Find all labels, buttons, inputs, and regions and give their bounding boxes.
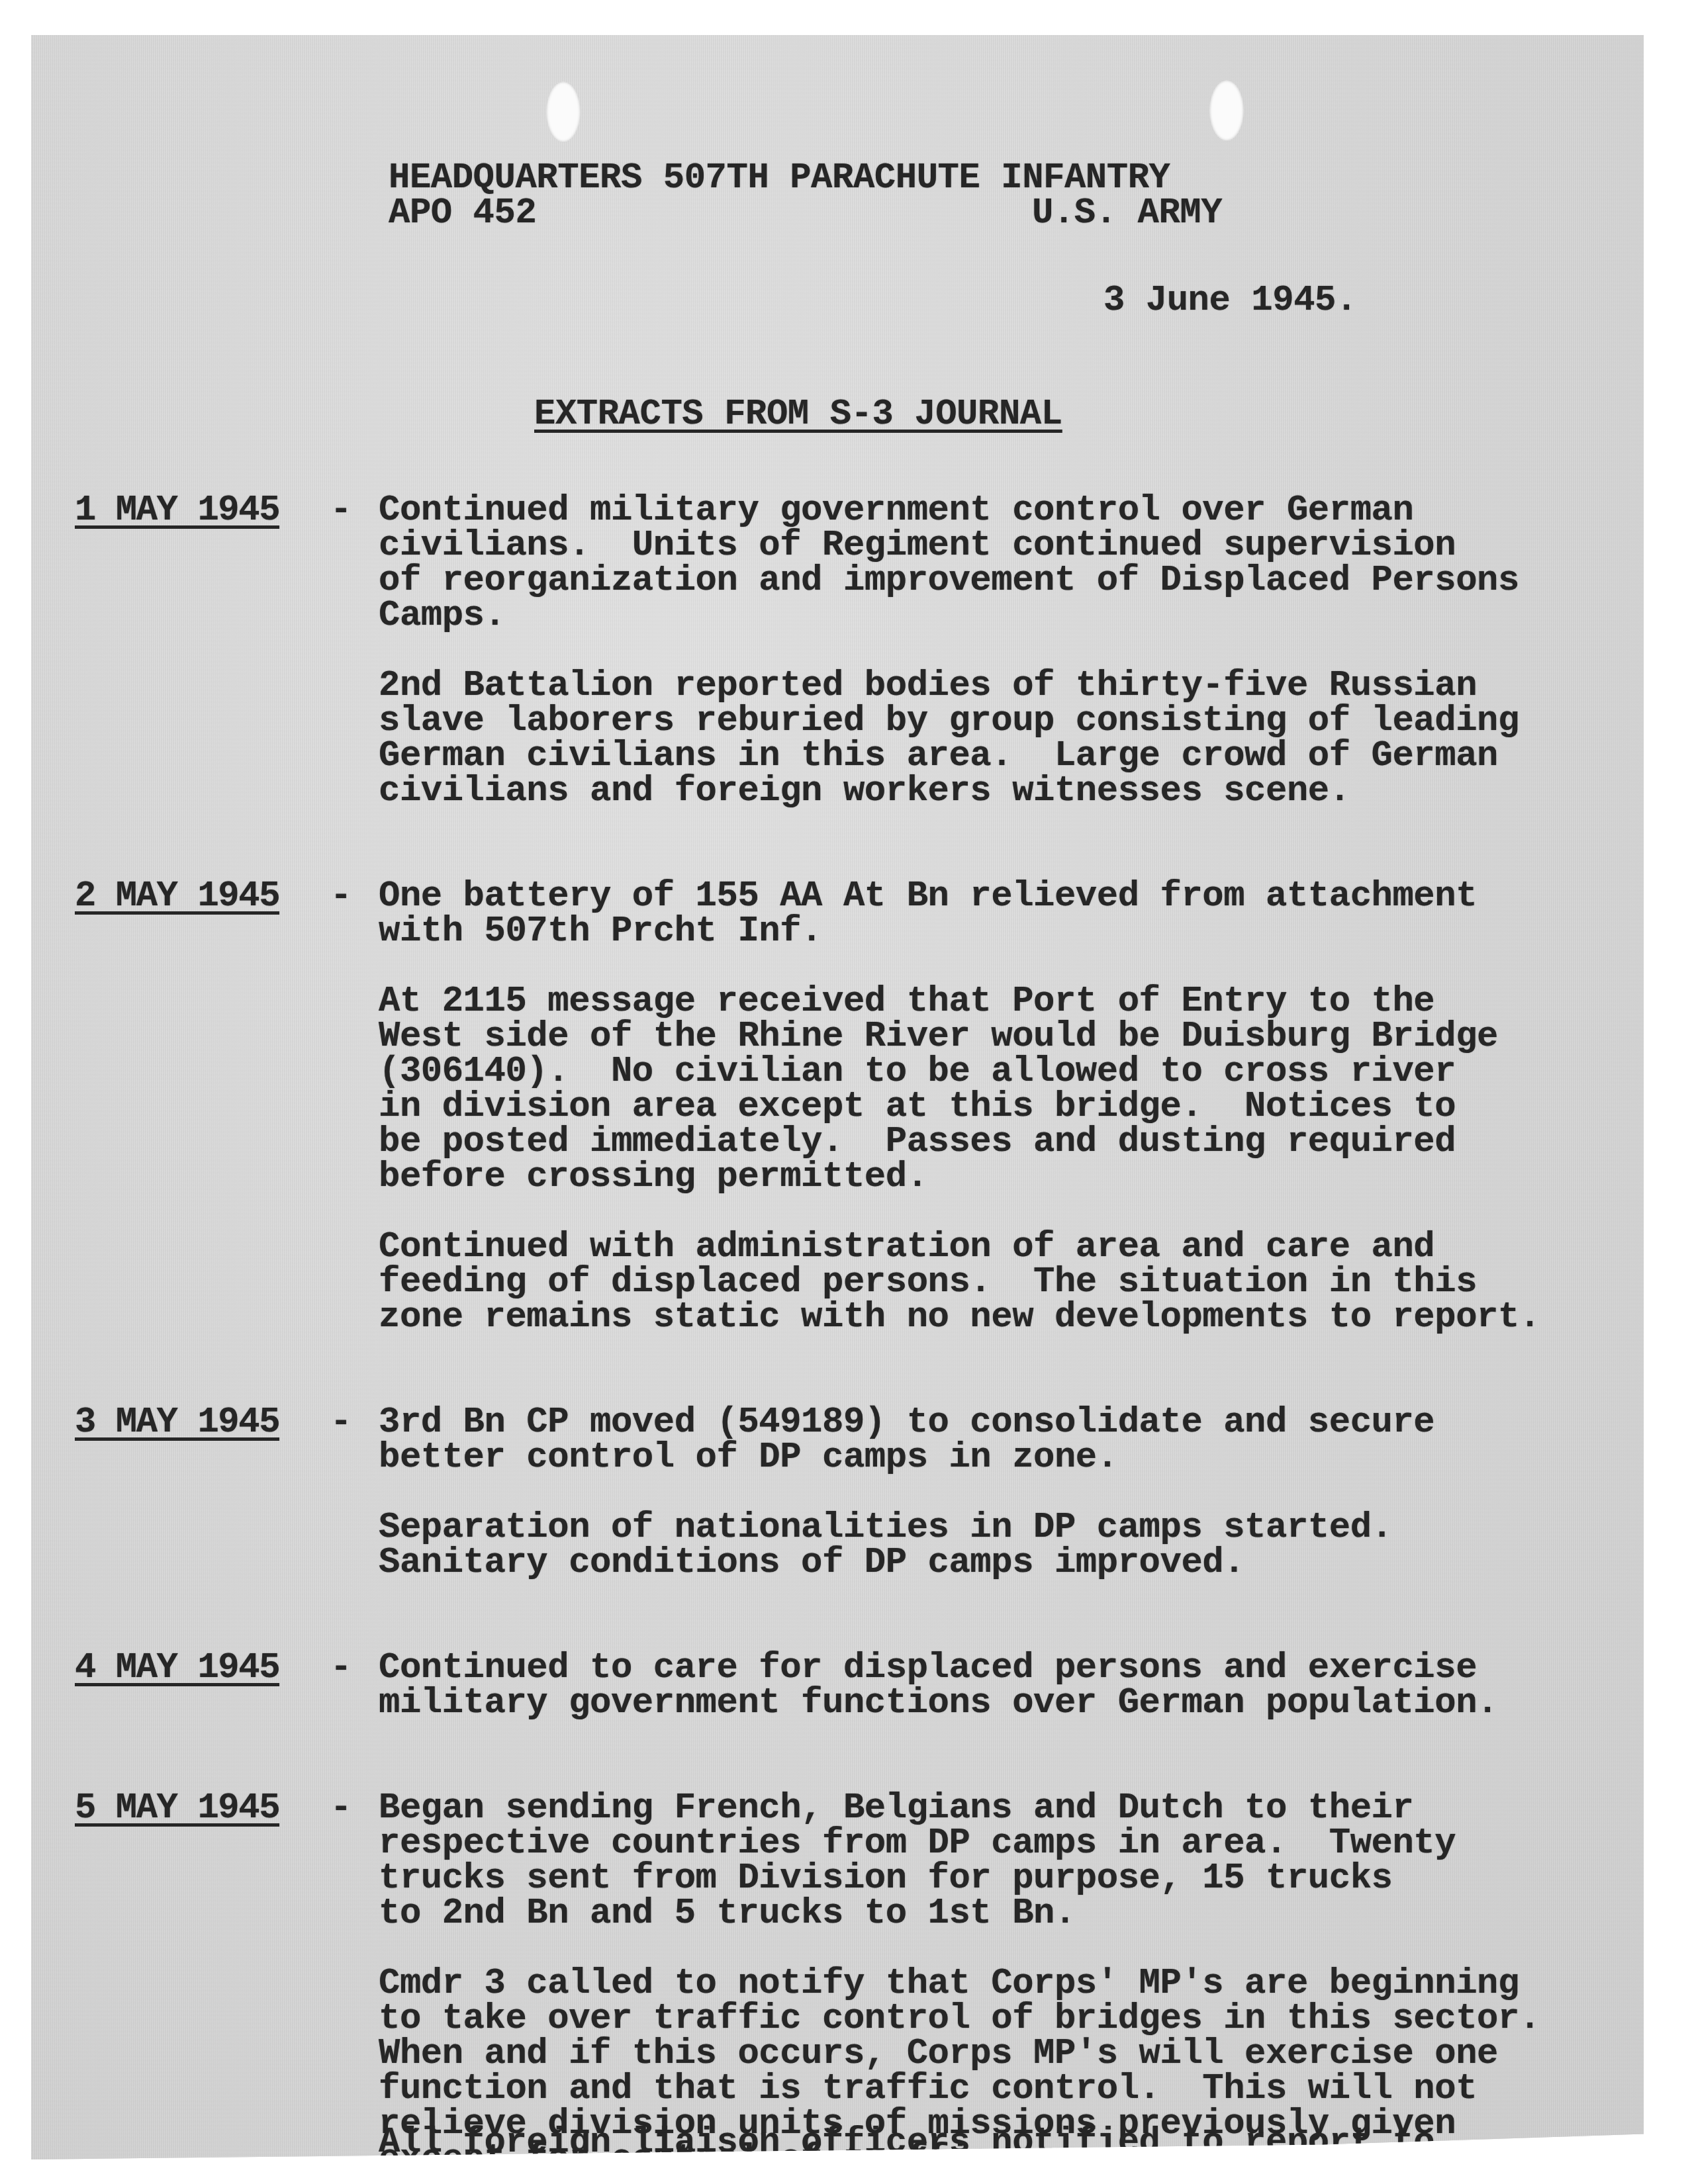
cutoff-text-line: All foreign liaison officers notified to… — [379, 2125, 1434, 2152]
entry-date: 5 MAY 1945 — [75, 1791, 279, 1826]
entry-body: Continued military government control ov… — [379, 493, 1623, 809]
entry-paragraph: At 2115 message received that Port of En… — [379, 984, 1623, 1195]
document-date: 3 June 1945. — [1103, 283, 1357, 318]
entry-date: 4 MAY 1945 — [75, 1651, 279, 1686]
entry-paragraph: One battery of 155 AA At Bn relieved fro… — [379, 879, 1623, 949]
entry-date: 1 MAY 1945 — [75, 493, 279, 528]
header-apo: APO 452 — [389, 196, 536, 231]
entry-paragraph: Separation of nationalities in DP camps … — [379, 1510, 1623, 1580]
entry-separator: - — [330, 493, 352, 528]
entry-separator: - — [330, 1405, 352, 1440]
entry-body: 3rd Bn CP moved (549189) to consolidate … — [379, 1405, 1623, 1580]
entry-separator: - — [330, 879, 352, 914]
punch-hole-right — [1209, 80, 1244, 141]
entry-body: Continued to care for displaced persons … — [379, 1651, 1623, 1721]
entry-date: 2 MAY 1945 — [75, 879, 279, 914]
entry-paragraph: Continued with administration of area an… — [379, 1230, 1623, 1335]
header-unit: HEADQUARTERS 507TH PARACHUTE INFANTRY — [389, 161, 1170, 196]
punch-hole-left — [546, 81, 581, 142]
entry-paragraph: Began sending French, Belgians and Dutch… — [379, 1791, 1623, 1931]
entry-separator: - — [330, 1651, 352, 1686]
entry-separator: - — [330, 1791, 352, 1826]
entry-paragraph: Continued to care for displaced persons … — [379, 1651, 1623, 1721]
entry-body: Began sending French, Belgians and Dutch… — [379, 1791, 1623, 2160]
scanned-page: HEADQUARTERS 507TH PARACHUTE INFANTRY AP… — [31, 35, 1644, 2160]
entry-body: One battery of 155 AA At Bn relieved fro… — [379, 879, 1623, 1335]
header-army: U.S. ARMY — [1032, 196, 1222, 231]
document-title: EXTRACTS FROM S-3 JOURNAL — [534, 397, 1062, 432]
entry-date: 3 MAY 1945 — [75, 1405, 279, 1440]
entry-paragraph: 2nd Battalion reported bodies of thirty-… — [379, 668, 1623, 809]
entry-paragraph: Continued military government control ov… — [379, 493, 1623, 633]
entry-paragraph: 3rd Bn CP moved (549189) to consolidate … — [379, 1405, 1623, 1475]
